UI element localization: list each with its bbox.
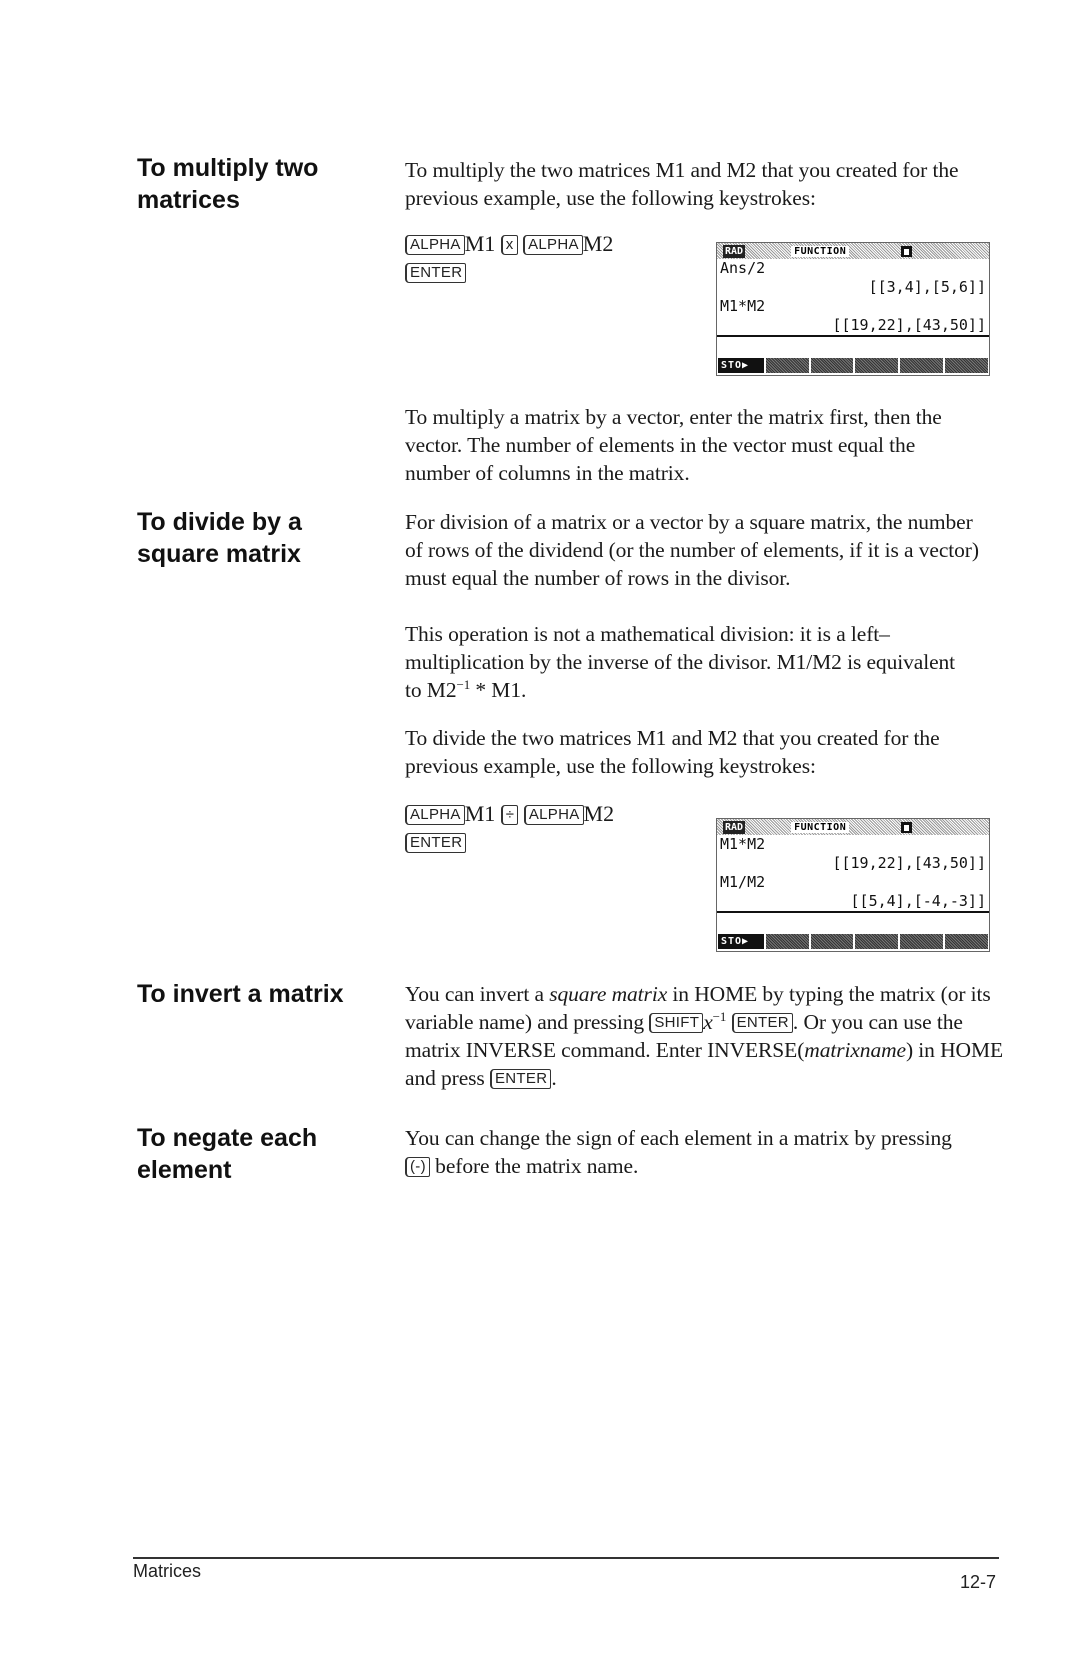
multiply-keystrokes: ALPHAM1 x ALPHAM2 ENTER	[405, 230, 705, 286]
heading-divide: To divide by a square matrix	[137, 506, 377, 570]
footer-chapter: Matrices	[133, 1561, 201, 1582]
sto-softkey: STO▶	[718, 358, 764, 373]
italic-term: square matrix	[549, 982, 667, 1006]
history-entry: Ans/2	[717, 259, 989, 278]
shift-key: SHIFT	[649, 1013, 703, 1033]
divide-key: ÷	[501, 805, 519, 825]
heading-line: To invert a matrix	[137, 978, 407, 1010]
history-result: [[19,22],[43,50]]	[717, 854, 989, 873]
history-entry: M1/M2	[717, 873, 989, 892]
enter-key: ENTER	[732, 1013, 793, 1033]
blank-softkey	[766, 358, 809, 373]
history-entry: M1*M2	[717, 297, 989, 316]
m2-label: M2	[584, 801, 615, 826]
superscript: −1	[713, 1009, 727, 1024]
blank-softkey	[766, 934, 809, 949]
invert-para: You can invert a square matrix in HOME b…	[405, 980, 1005, 1092]
rad-indicator: RAD	[723, 821, 745, 834]
blank-softkey	[811, 934, 854, 949]
blank-softkey	[900, 358, 943, 373]
x-symbol: x	[703, 1010, 712, 1034]
function-label: FUNCTION	[791, 246, 849, 257]
heading-multiply: To multiply two matrices	[137, 152, 377, 216]
m1-label: M1	[465, 801, 496, 826]
alpha-key: ALPHA	[405, 235, 465, 255]
heading-line: square matrix	[137, 538, 377, 570]
sto-softkey: STO▶	[718, 934, 764, 949]
alpha-key: ALPHA	[523, 235, 583, 255]
superscript: −1	[456, 677, 470, 692]
multiply-key: x	[501, 235, 518, 255]
m2-label: M2	[583, 231, 614, 256]
history-entry: M1*M2	[717, 835, 989, 854]
rad-indicator: RAD	[723, 245, 745, 258]
screen-title-bar: RAD FUNCTION	[717, 819, 989, 835]
blank-softkey	[811, 358, 854, 373]
alpha-key: ALPHA	[405, 805, 465, 825]
multiply-intro: To multiply the two matrices M1 and M2 t…	[405, 156, 995, 212]
history-result: [[3,4],[5,6]]	[717, 278, 989, 297]
text-run: You can invert a	[405, 982, 549, 1006]
blank-softkey	[855, 934, 898, 949]
divide-para-3: To divide the two matrices M1 and M2 tha…	[405, 724, 1005, 780]
italic-term: matrixname	[804, 1038, 906, 1062]
footer-rule	[133, 1557, 999, 1559]
text-run: You can change the sign of each element …	[405, 1126, 952, 1150]
divide-keystrokes: ALPHAM1 ÷ ALPHAM2 ENTER	[405, 800, 705, 856]
text-run: * M1.	[470, 678, 526, 702]
enter-key: ENTER	[405, 263, 466, 283]
history-result: [[19,22],[43,50]]	[717, 316, 989, 337]
enter-key: ENTER	[490, 1069, 551, 1089]
heading-line: To divide by a	[137, 506, 377, 538]
history-result: [[5,4],[-4,-3]]	[717, 892, 989, 913]
function-label: FUNCTION	[791, 822, 849, 833]
m1-label: M1	[465, 231, 496, 256]
soft-menu-bar: STO▶	[717, 934, 989, 949]
heading-line: matrices	[137, 184, 377, 216]
text-run: .	[551, 1066, 556, 1090]
text-run: before the matrix name.	[430, 1154, 638, 1178]
alpha-lock-icon	[901, 246, 912, 257]
heading-invert: To invert a matrix	[137, 978, 407, 1010]
blank-softkey	[900, 934, 943, 949]
screen-title-bar: RAD FUNCTION	[717, 243, 989, 259]
alpha-lock-icon	[901, 822, 912, 833]
heading-line: element	[137, 1154, 377, 1186]
negate-key: (-)	[405, 1157, 430, 1177]
blank-softkey	[855, 358, 898, 373]
negate-para: You can change the sign of each element …	[405, 1124, 965, 1180]
vector-note: To multiply a matrix by a vector, enter …	[405, 403, 985, 487]
calculator-screen-multiply: RAD FUNCTION Ans/2 [[3,4],[5,6]] M1*M2 […	[716, 242, 990, 376]
page-number: 12-7	[960, 1572, 996, 1593]
soft-menu-bar: STO▶	[717, 358, 989, 373]
divide-para-2: This operation is not a mathematical div…	[405, 620, 965, 704]
calculator-screen-divide: RAD FUNCTION M1*M2 [[19,22],[43,50]] M1/…	[716, 818, 990, 952]
heading-negate: To negate each element	[137, 1122, 377, 1186]
divide-para-1: For division of a matrix or a vector by …	[405, 508, 995, 592]
heading-line: To multiply two	[137, 152, 377, 184]
enter-key: ENTER	[405, 833, 466, 853]
blank-softkey	[945, 358, 988, 373]
blank-softkey	[945, 934, 988, 949]
alpha-key: ALPHA	[524, 805, 584, 825]
heading-line: To negate each	[137, 1122, 377, 1154]
